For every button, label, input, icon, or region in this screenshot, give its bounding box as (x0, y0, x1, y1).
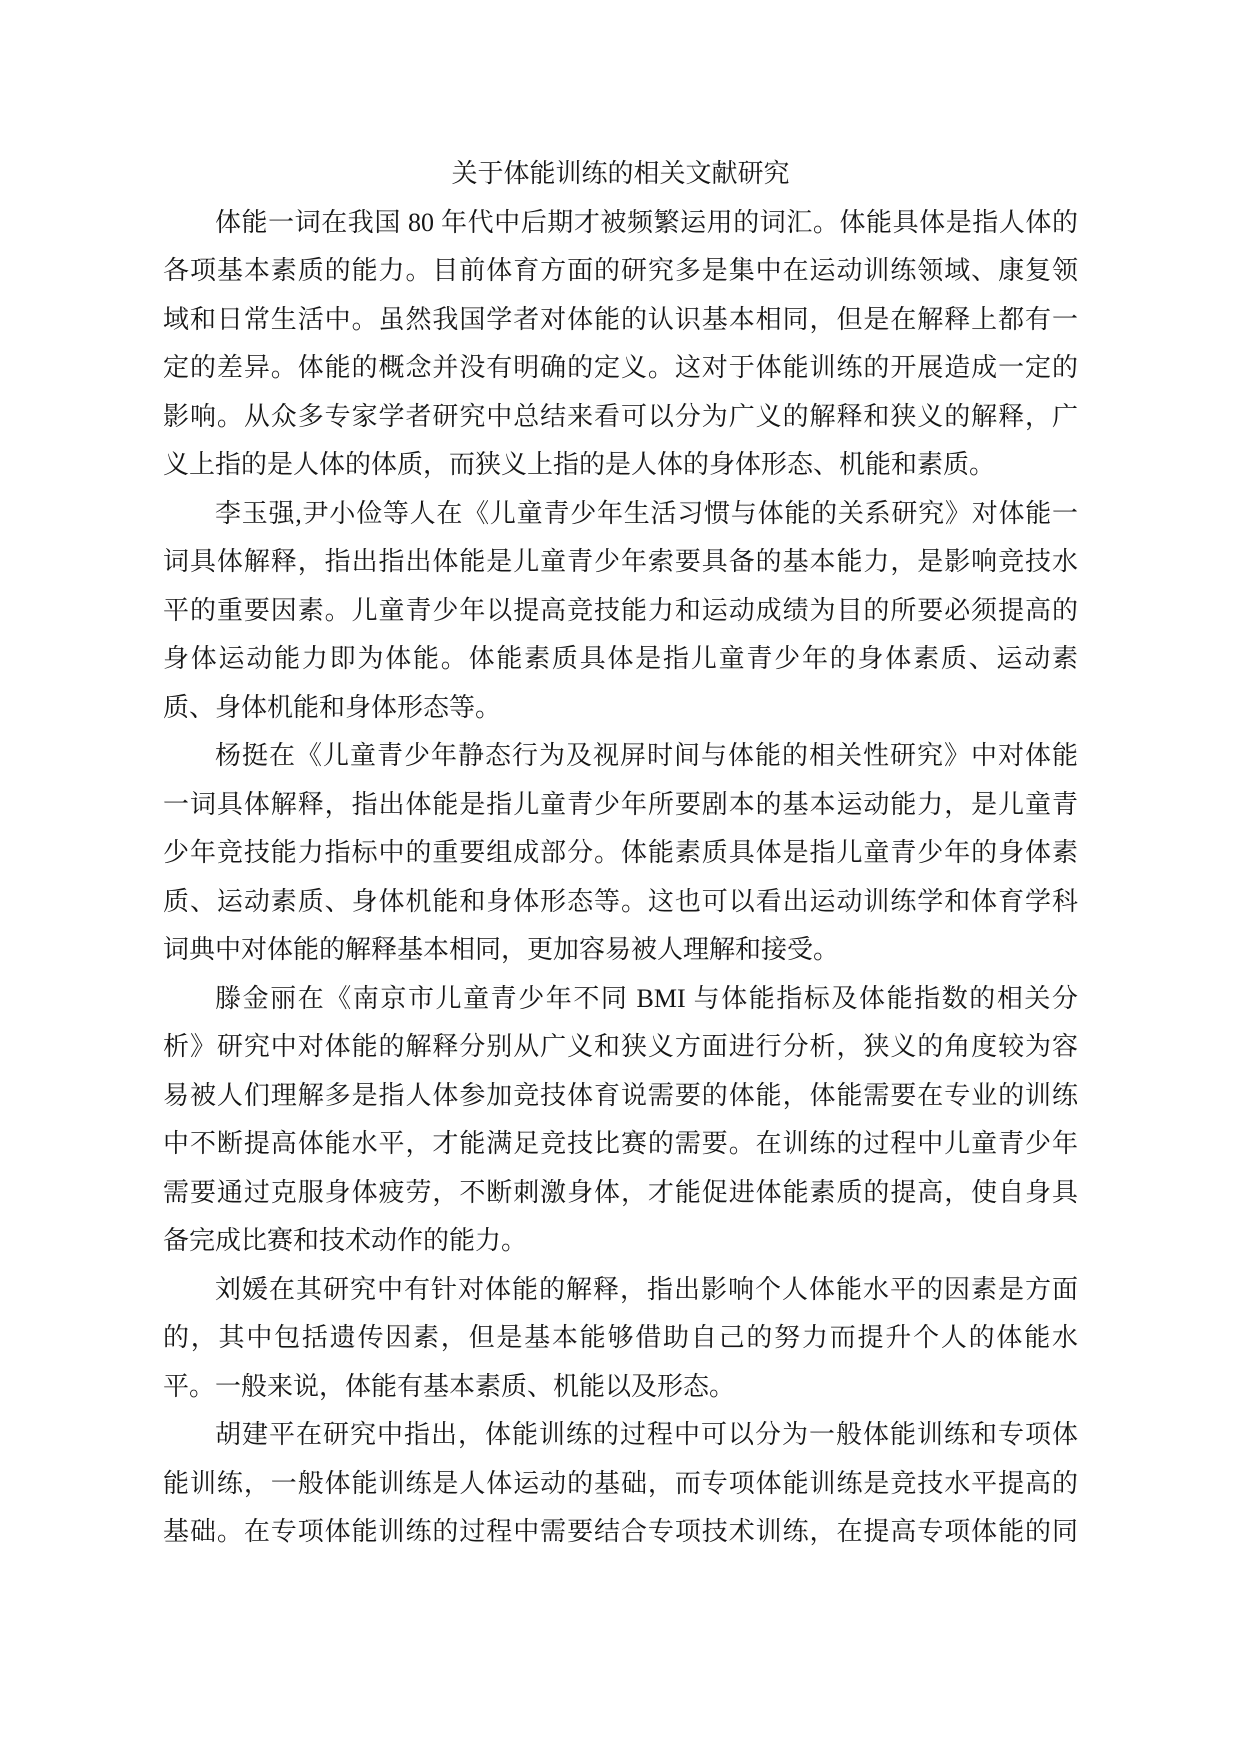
paragraph-line: 词典中对体能的解释基本相同，更加容易被人理解和接受。 (163, 926, 1078, 975)
paragraph-line: 的，其中包括遗传因素，但是基本能够借助自己的努力而提升个人的体能水 (163, 1314, 1078, 1363)
paragraph-line: 基础。在专项体能训练的过程中需要结合专项技术训练，在提高专项体能的同 (163, 1508, 1078, 1557)
paragraph-line: 中不断提高体能水平，才能满足竞技比赛的需要。在训练的过程中儿童青少年 (163, 1120, 1078, 1169)
paragraph-line: 域和日常生活中。虽然我国学者对体能的认识基本相同，但是在解释上都有一 (163, 296, 1078, 345)
paragraph-line: 质、运动素质、身体机能和身体形态等。这也可以看出运动训练学和体育学科 (163, 878, 1078, 927)
paragraph: 杨挺在《儿童青少年静态行为及视屏时间与体能的相关性研究》中对体能一词具体解释，指… (163, 732, 1078, 975)
paragraph-line: 体能一词在我国 80 年代中后期才被频繁运用的词汇。体能具体是指人体的 (163, 199, 1078, 248)
paragraph: 刘媛在其研究中有针对体能的解释，指出影响个人体能水平的因素是方面的，其中包括遗传… (163, 1266, 1078, 1412)
paragraph-line: 少年竞技能力指标中的重要组成部分。体能素质具体是指儿童青少年的身体素 (163, 829, 1078, 878)
paragraph-line: 易被人们理解多是指人体参加竞技体育说需要的体能，体能需要在专业的训练 (163, 1072, 1078, 1121)
paragraph-line: 质、身体机能和身体形态等。 (163, 684, 1078, 733)
paragraph: 胡建平在研究中指出，体能训练的过程中可以分为一般体能训练和专项体能训练，一般体能… (163, 1411, 1078, 1557)
paragraph-line: 刘媛在其研究中有针对体能的解释，指出影响个人体能水平的因素是方面 (163, 1266, 1078, 1315)
paragraph-line: 词具体解释，指出指出体能是儿童青少年索要具备的基本能力，是影响竞技水 (163, 538, 1078, 587)
paragraph-line: 身体运动能力即为体能。体能素质具体是指儿童青少年的身体素质、运动素 (163, 635, 1078, 684)
paragraph-line: 影响。从众多专家学者研究中总结来看可以分为广义的解释和狭义的解释，广 (163, 393, 1078, 442)
paragraph-line: 杨挺在《儿童青少年静态行为及视屏时间与体能的相关性研究》中对体能 (163, 732, 1078, 781)
paragraph-line: 李玉强,尹小俭等人在《儿童青少年生活习惯与体能的关系研究》对体能一 (163, 490, 1078, 539)
paragraph-line: 备完成比赛和技术动作的能力。 (163, 1217, 1078, 1266)
paragraph-line: 需要通过克服身体疲劳，不断刺激身体，才能促进体能素质的提高，使自身具 (163, 1169, 1078, 1218)
paragraph-line: 平。一般来说，体能有基本素质、机能以及形态。 (163, 1363, 1078, 1412)
paragraph: 滕金丽在《南京市儿童青少年不同 BMI 与体能指标及体能指数的相关分析》研究中对… (163, 975, 1078, 1266)
paragraph-line: 析》研究中对体能的解释分别从广义和狭义方面进行分析，狭义的角度较为容 (163, 1023, 1078, 1072)
paragraph-line: 滕金丽在《南京市儿童青少年不同 BMI 与体能指标及体能指数的相关分 (163, 975, 1078, 1024)
paragraph-line: 各项基本素质的能力。目前体育方面的研究多是集中在运动训练领域、康复领 (163, 247, 1078, 296)
paragraph-line: 一词具体解释，指出体能是指儿童青少年所要剧本的基本运动能力，是儿童青 (163, 781, 1078, 830)
paragraph-line: 义上指的是人体的体质，而狭义上指的是人体的身体形态、机能和素质。 (163, 441, 1078, 490)
paragraph-line: 定的差异。体能的概念并没有明确的定义。这对于体能训练的开展造成一定的 (163, 344, 1078, 393)
document-page: 关于体能训练的相关文献研究 体能一词在我国 80 年代中后期才被频繁运用的词汇。… (0, 0, 1240, 1753)
document-body: 体能一词在我国 80 年代中后期才被频繁运用的词汇。体能具体是指人体的各项基本素… (163, 199, 1078, 1557)
paragraph-line: 平的重要因素。儿童青少年以提高竞技能力和运动成绩为目的所要必须提高的 (163, 587, 1078, 636)
paragraph: 李玉强,尹小俭等人在《儿童青少年生活习惯与体能的关系研究》对体能一词具体解释，指… (163, 490, 1078, 733)
paragraph-line: 胡建平在研究中指出，体能训练的过程中可以分为一般体能训练和专项体 (163, 1411, 1078, 1460)
paragraph-line: 能训练，一般体能训练是人体运动的基础，而专项体能训练是竞技水平提高的 (163, 1460, 1078, 1509)
document-title: 关于体能训练的相关文献研究 (163, 150, 1078, 199)
paragraph: 体能一词在我国 80 年代中后期才被频繁运用的词汇。体能具体是指人体的各项基本素… (163, 199, 1078, 490)
